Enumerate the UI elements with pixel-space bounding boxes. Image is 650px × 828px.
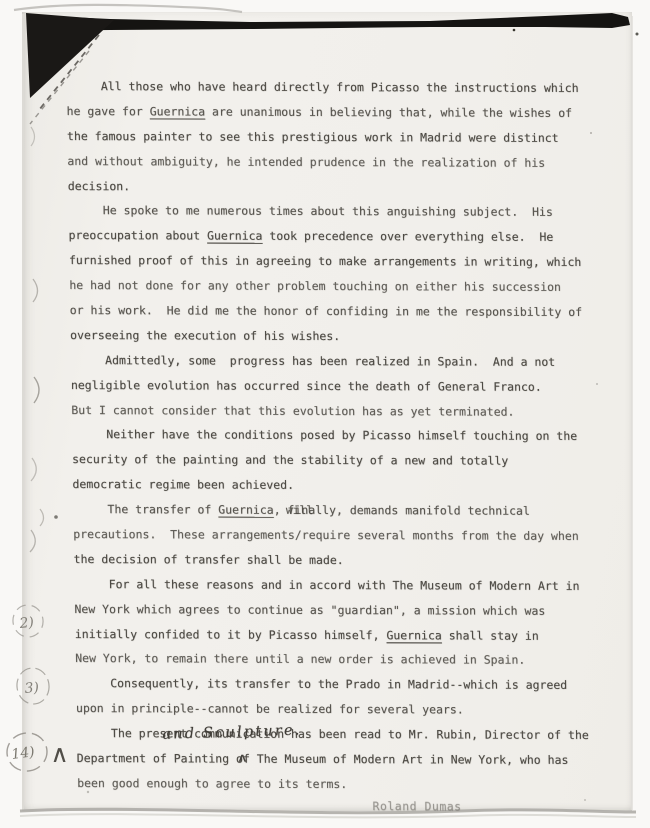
typed-text: Neither have the conditions posed by Pic…: [72, 427, 578, 443]
typed-line: The transfer of Guernica, finally, deman…: [73, 497, 621, 524]
typed-line: Neither have the conditions posed by Pic…: [71, 422, 619, 449]
circled-number-2: 2): [10, 602, 46, 640]
typed-text: He spoke to me numerous times about this…: [68, 203, 553, 219]
typed-text: the decision of transfer shall be made.: [74, 552, 344, 567]
typed-line: furnished proof of this in agreeing to m…: [69, 248, 617, 275]
circled-number-3: 3): [15, 666, 52, 706]
typed-line: security of the painting and the stabili…: [72, 447, 620, 474]
typed-text: preoccupation about: [68, 228, 207, 243]
page-curl-line: [14, 5, 242, 12]
margin-paren-mark: [31, 458, 36, 481]
typed-line: Consequently, its transfer to the Prado …: [75, 671, 623, 698]
typed-text: furnished proof of this in agreeing to m…: [69, 253, 582, 269]
typed-text: initially confided to it by Picasso hims…: [75, 627, 387, 642]
typed-line: New York which agrees to continue as "gu…: [74, 597, 622, 624]
typed-line: Department of Painting of The Museum of …: [77, 746, 625, 773]
scan-speck: [636, 33, 639, 36]
typed-text: he gave for: [66, 104, 149, 118]
typed-text: New York which agrees to continue as "gu…: [74, 602, 545, 618]
margin-paren-mark: [33, 279, 38, 302]
typed-text: precautions. These arrangements/require …: [73, 527, 579, 543]
margin-paren-mark: [30, 530, 35, 552]
typed-text: the famous painter to see this prestigio…: [67, 129, 559, 145]
photocopy-edge-bar: [28, 13, 630, 31]
typed-line: But I cannot consider that this evolutio…: [71, 398, 619, 425]
typed-line: preoccupation about Guernica took preced…: [68, 223, 616, 250]
margin-paren-mark: [40, 509, 44, 526]
circled-number-label: 3): [24, 680, 40, 697]
page-bottom-shadow-soft: [20, 814, 636, 817]
margin-caret-mark: ∧: [50, 740, 68, 768]
typed-text: overseeing the execution of his wishes.: [70, 328, 340, 343]
typed-text: The transfer of: [73, 502, 219, 517]
typed-text: decision.: [68, 179, 131, 193]
circled-number-14: 14): [4, 730, 50, 774]
underlined-text: Guernica: [218, 503, 274, 517]
typed-text: are unanimous in believing that, while t…: [205, 104, 572, 119]
typed-line: negligible evolution has occurred since …: [71, 373, 619, 400]
typed-line: For all these reasons and in accord with…: [74, 572, 622, 599]
typed-text: took precedence over everything else. He: [262, 229, 553, 244]
typed-text: negligible evolution has occurred since …: [71, 378, 542, 394]
typed-text: Department of Painting of The Museum of …: [77, 751, 569, 767]
handwritten-insert: and Sculpture.: [162, 718, 302, 747]
typed-text: security of the painting and the stabili…: [72, 452, 508, 468]
circled-number-label: 2): [18, 615, 35, 633]
typed-line: and without ambiguity, he intended prude…: [67, 149, 615, 176]
typed-line: he gave for Guernica are unanimous in be…: [66, 99, 614, 126]
scan-speck: [513, 29, 516, 32]
typed-text: been good enough to agree to its terms.: [77, 776, 347, 791]
typed-text: For all these reasons and in accord with…: [74, 577, 580, 593]
typed-text: Consequently, its transfer to the Prado …: [75, 676, 567, 692]
typescript-body: will and Sculpture. ∧ Roland Dumas All t…: [66, 74, 625, 798]
typed-line: been good enough to agree to its terms.: [77, 771, 625, 798]
underlined-text: Guernica: [150, 104, 206, 118]
insertion-caret: ∧: [237, 752, 247, 764]
typed-text: But I cannot consider that this evolutio…: [71, 403, 514, 419]
typed-line: He spoke to me numerous times about this…: [68, 198, 616, 225]
margin-paren-mark: [31, 127, 35, 146]
typed-line: overseeing the execution of his wishes.: [70, 323, 618, 350]
typed-text: The present communication has been read …: [76, 726, 589, 742]
underlined-text: Guernica: [386, 628, 442, 642]
scan-speck: [584, 799, 586, 801]
typed-line: the famous painter to see this prestigio…: [67, 124, 615, 151]
typed-line: precautions. These arrangements/require …: [73, 522, 621, 549]
typed-line: Admittedly, some progress has been reali…: [70, 348, 618, 375]
typed-text: shall stay in: [442, 628, 539, 642]
typed-line: he had not done for any other problem to…: [69, 273, 617, 300]
typed-text: Admittedly, some progress has been reali…: [70, 353, 555, 369]
typed-text: he had not done for any other problem to…: [69, 278, 561, 294]
underlined-text: Guernica: [207, 229, 263, 243]
page-bottom-shadow: [20, 809, 636, 812]
typed-text: democratic regime been achieved.: [72, 477, 294, 492]
signature: Roland Dumas: [372, 794, 461, 819]
typed-text: and without ambiguity, he intended prude…: [67, 154, 545, 170]
typed-text: All those who have heard directly from P…: [66, 79, 579, 95]
typed-line: All those who have heard directly from P…: [66, 74, 614, 101]
typed-line: or his work. He did me the honor of conf…: [70, 298, 618, 325]
typed-text: upon in principle--cannot be realized fo…: [76, 701, 464, 716]
typed-text: , finally, demands manifold technical: [274, 503, 530, 518]
typed-text: New York, to remain there until a new or…: [75, 651, 525, 667]
typed-text: or his work. He did me the honor of conf…: [70, 303, 583, 319]
margin-dot-mark: [54, 515, 58, 519]
typed-line: New York, to remain there until a new or…: [75, 646, 623, 673]
typed-line: upon in principle--cannot be realized fo…: [76, 696, 624, 723]
margin-paren-mark: [34, 377, 39, 403]
typed-line: democratic regime been achieved.: [72, 472, 620, 499]
typed-line: decision.: [68, 174, 616, 201]
typed-line: The present communication has been read …: [76, 721, 624, 748]
typed-line: the decision of transfer shall be made.: [73, 547, 621, 574]
circled-number-label: 14): [11, 744, 36, 763]
typed-line: initially confided to it by Picasso hims…: [75, 622, 623, 649]
scanned-typescript-page: 2) 3) 14) ∧ will and Sculpture. ∧ Roland…: [0, 0, 650, 828]
